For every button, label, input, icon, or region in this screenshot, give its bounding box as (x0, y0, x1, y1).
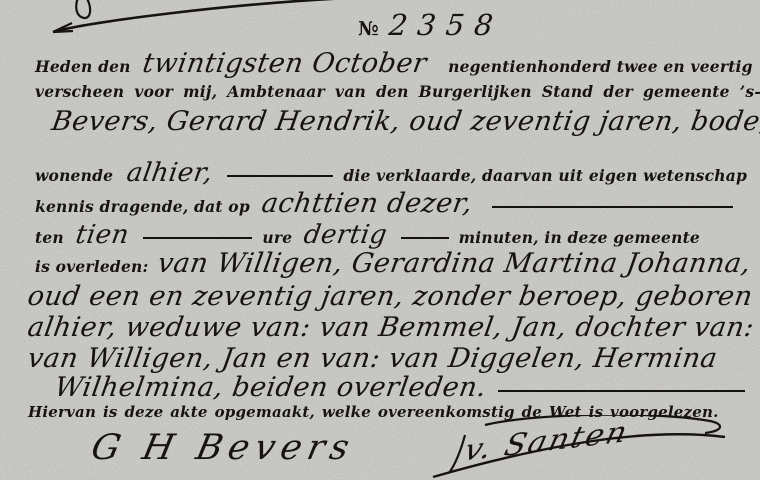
death-certificate-scan: № 2358 Heden den twintigsten October neg… (0, 0, 760, 480)
printed-year: negentienhonderd twee en veertig (448, 57, 753, 76)
filler-rule (492, 205, 733, 208)
line-registrar: verscheen voor mij, Ambtenaar van den Bu… (35, 82, 747, 101)
hand-death-day: achttien dezer, (260, 190, 475, 217)
filler-rule (143, 236, 253, 239)
printed-ten: ten (35, 228, 64, 247)
line-residence: wonende alhier, die verklaarde, daarvan … (35, 160, 747, 186)
printed-minuten: minuten, in deze gemeente (459, 228, 700, 247)
line-deceased: is overleden: van Willigen, Gerardina Ma… (35, 250, 755, 277)
act-number-value: 2358 (387, 8, 504, 42)
filler-rule (498, 389, 745, 392)
hand-parents: van Willigen, Jan en van: van Diggelen, … (26, 345, 719, 372)
printed-heden-den: Heden den (35, 57, 131, 76)
line-parents: van Willigen, Jan en van: van Diggelen, … (28, 345, 717, 372)
hand-parents-deceased: Wilhelmina, beiden overleden. (53, 374, 489, 401)
hand-age-occupation: oud een en zeventig jaren, zonder beroep… (26, 283, 760, 310)
numero-sign: № (358, 18, 379, 40)
hand-hour: tien (74, 222, 131, 248)
hand-minutes: dertig (302, 222, 389, 248)
hand-date: twintigsten October (141, 50, 429, 77)
line-widow-of: alhier, weduwe van: van Bemmel, Jan, doc… (28, 314, 754, 341)
printed-wonende: wonende (35, 166, 113, 185)
line-date: Heden den twintigsten October negentienh… (35, 50, 747, 77)
line-death-time: ten tien ure dertig minuten, in deze gem… (35, 222, 700, 248)
printed-ure: ure (262, 228, 292, 247)
line-parents-deceased: Wilhelmina, beiden overleden. (55, 374, 745, 401)
act-number: № 2358 (358, 8, 502, 42)
filler-rule (227, 174, 334, 177)
signature-declarant-text: G H Bevers (88, 428, 359, 468)
printed-kennis: kennis dragende, dat op (35, 197, 250, 216)
hand-residence: alhier, (125, 160, 215, 186)
corner-pen-flourish (28, 0, 358, 40)
printed-is-overleden: is overleden: (35, 257, 148, 276)
hand-widow-of: alhier, weduwe van: van Bemmel, Jan, doc… (26, 314, 756, 341)
hand-deceased-name: van Willigen, Gerardina Martina Johanna, (156, 250, 753, 277)
line-declarant: Bevers, Gerard Hendrik, oud zeventig jar… (52, 108, 747, 135)
hand-declarant: Bevers, Gerard Hendrik, oud zeventig jar… (50, 108, 760, 135)
printed-die-verklaarde: die verklaarde, daarvan uit eigen wetens… (343, 166, 747, 185)
signature-flourish (425, 415, 745, 480)
line-age-occupation: oud een en zeventig jaren, zonder beroep… (28, 283, 760, 310)
line-death-day: kennis dragende, dat op achttien dezer, (35, 190, 733, 217)
printed-verscheen: verscheen voor mij, Ambtenaar van den Bu… (35, 82, 760, 101)
filler-rule (401, 236, 448, 239)
signature-declarant: G H Bevers (92, 428, 354, 468)
